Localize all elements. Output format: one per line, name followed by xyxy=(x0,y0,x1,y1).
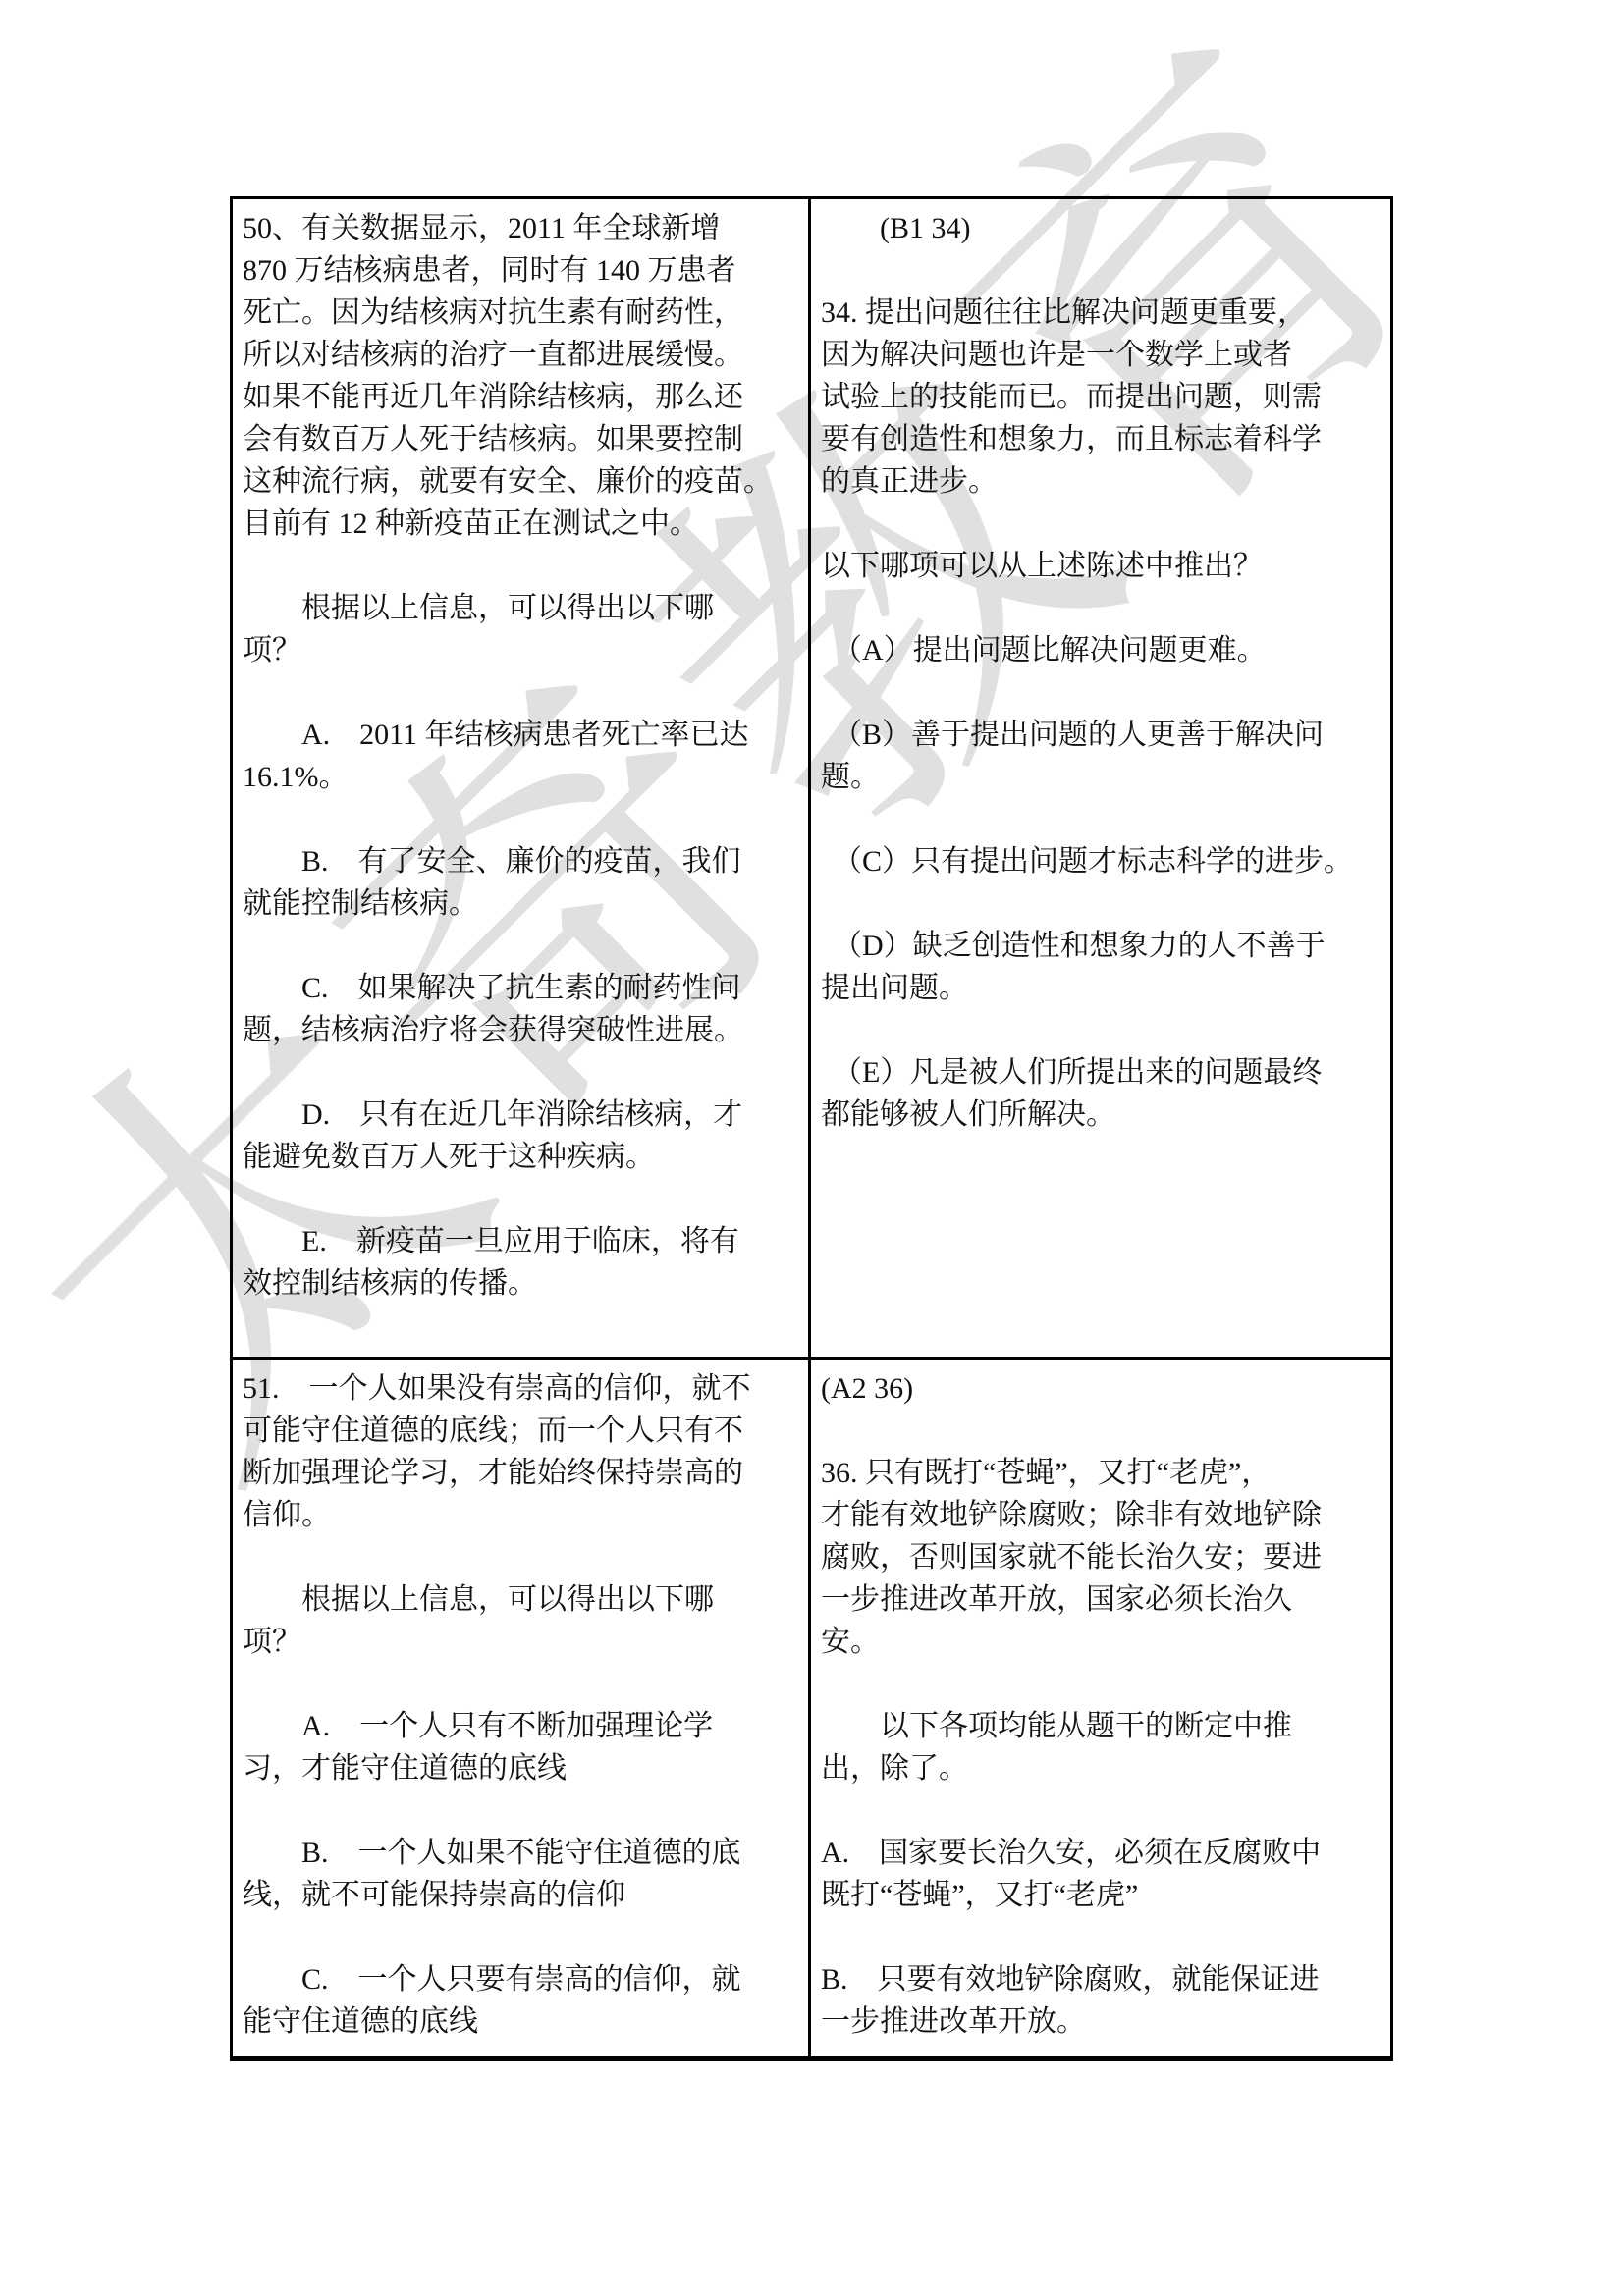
paragraph: （B）善于提出问题的人更善于解决问 题。 xyxy=(821,714,1382,798)
paragraph: B. 只要有效地铲除腐败，就能保证进 一步推进改革开放。 xyxy=(821,1958,1382,2043)
paragraph: B. 有了安全、廉价的疫苗，我们 就能控制结核病。 xyxy=(243,840,800,925)
paragraph: (B1 34) xyxy=(821,207,1382,249)
question-51-cell: 51. 一个人如果没有崇高的信仰，就不 可能守住道德的底线；而一个人只有不 断加… xyxy=(233,1360,811,2056)
paragraph: A. 2011 年结核病患者死亡率已达 16.1%。 xyxy=(243,714,800,798)
paragraph: 根据以上信息，可以得出以下哪 项？ xyxy=(243,587,800,671)
paragraph: C. 如果解决了抗生素的耐药性问 题，结核病治疗将会获得突破性进展。 xyxy=(243,967,800,1051)
question-36-cell: (A2 36)36. 只有既打“苍蝇”，又打“老虎”， 才能有效地铲除腐败；除非… xyxy=(811,1360,1390,2056)
page-root: { "page": {"width": 1654, "height": 2339… xyxy=(0,0,1624,2296)
paragraph: 50、有关数据显示，2011 年全球新增 870 万结核病患者，同时有 140 … xyxy=(243,207,800,545)
paragraph: 以下哪项可以从上述陈述中推出？ xyxy=(821,545,1382,587)
paragraph: 根据以上信息，可以得出以下哪 项？ xyxy=(243,1578,800,1663)
table-row: 51. 一个人如果没有崇高的信仰，就不 可能守住道德的底线；而一个人只有不 断加… xyxy=(233,1360,1390,2056)
paragraph: B. 一个人如果不能守住道德的底 线，就不可能保持崇高的信仰 xyxy=(243,1832,800,1916)
paragraph: A. 一个人只有不断加强理论学 习，才能守住道德的底线 xyxy=(243,1705,800,1789)
paragraph: 以下各项均能从题干的断定中推 出，除了。 xyxy=(821,1705,1382,1789)
paragraph: （D）缺乏创造性和想象力的人不善于 提出问题。 xyxy=(821,925,1382,1009)
paragraph: 36. 只有既打“苍蝇”，又打“老虎”， 才能有效地铲除腐败；除非有效地铲除 腐… xyxy=(821,1452,1382,1663)
paragraph: （A）提出问题比解决问题更难。 xyxy=(821,629,1382,671)
paragraph: C. 一个人只要有崇高的信仰，就 能守住道德的底线 xyxy=(243,1958,800,2043)
paragraph: 51. 一个人如果没有崇高的信仰，就不 可能守住道德的底线；而一个人只有不 断加… xyxy=(243,1367,800,1536)
question-50-cell: 50、有关数据显示，2011 年全球新增 870 万结核病患者，同时有 140 … xyxy=(233,199,811,1357)
paragraph: E. 新疫苗一旦应用于临床，将有 效控制结核病的传播。 xyxy=(243,1220,800,1305)
paragraph: （E）凡是被人们所提出来的问题最终 都能够被人们所解决。 xyxy=(821,1051,1382,1136)
paragraph: （C）只有提出问题才标志科学的进步。 xyxy=(821,840,1382,882)
paragraph: D. 只有在近几年消除结核病，才 能避免数百万人死于这种疾病。 xyxy=(243,1094,800,1178)
paragraph: A. 国家要长治久安，必须在反腐败中 既打“苍蝇”，又打“老虎” xyxy=(821,1832,1382,1916)
exam-table: 50、有关数据显示，2011 年全球新增 870 万结核病患者，同时有 140 … xyxy=(230,196,1393,2061)
paragraph: 34. 提出问题往往比解决问题更重要， 因为解决问题也许是一个数学上或者 试验上… xyxy=(821,292,1382,503)
paragraph: (A2 36) xyxy=(821,1367,1382,1410)
question-34-cell: (B1 34)34. 提出问题往往比解决问题更重要， 因为解决问题也许是一个数学… xyxy=(811,199,1390,1357)
table-row: 50、有关数据显示，2011 年全球新增 870 万结核病患者，同时有 140 … xyxy=(233,199,1390,1360)
